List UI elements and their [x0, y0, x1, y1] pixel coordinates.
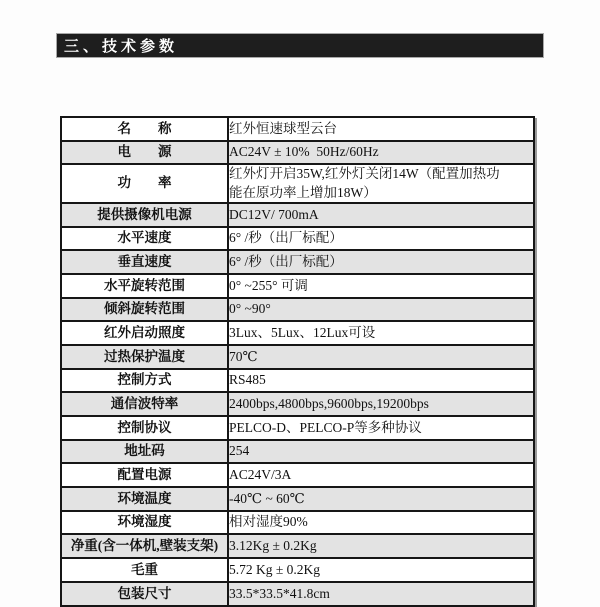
table-row: 环境温度-40℃ ~ 60℃ — [61, 487, 534, 511]
spec-label: 提供摄像机电源 — [61, 203, 228, 227]
spec-label: 地址码 — [61, 440, 228, 464]
table-row: 控制方式RS485 — [61, 369, 534, 393]
spec-label: 红外启动照度 — [61, 321, 228, 345]
table-row: 地址码254 — [61, 440, 534, 464]
table-row: 毛重5.72 Kg ± 0.2Kg — [61, 558, 534, 582]
spec-label: 水平速度 — [61, 227, 228, 251]
spec-value: 70℃ — [228, 345, 534, 369]
spec-value: 相对湿度90% — [228, 511, 534, 535]
section-header-bar: 三、技术参数 — [56, 33, 544, 58]
spec-value: 3Lux、5Lux、12Lux可设 — [228, 321, 534, 345]
spec-label: 净重(含一体机,壁装支架) — [61, 534, 228, 558]
spec-value: 5.72 Kg ± 0.2Kg — [228, 558, 534, 582]
spec-value: 0° ~90° — [228, 298, 534, 322]
spec-value: DC12V/ 700mA — [228, 203, 534, 227]
spec-value: 6° /秒（出厂标配） — [228, 250, 534, 274]
spec-value: PELCO-D、PELCO-P等多种协议 — [228, 416, 534, 440]
document-page: 三、技术参数 名 称红外恒速球型云台电 源AC24V ± 10% 50Hz/60… — [0, 0, 600, 607]
spec-table: 名 称红外恒速球型云台电 源AC24V ± 10% 50Hz/60Hz功 率红外… — [60, 116, 535, 607]
spec-value: 0° ~255° 可调 — [228, 274, 534, 298]
spec-value: 红外灯开启35W,红外灯关闭14W（配置加热功 能在原功率上增加18W） — [228, 164, 534, 202]
spec-label: 环境湿度 — [61, 511, 228, 535]
section-title: 三、技术参数 — [57, 35, 178, 56]
table-row: 过热保护温度70℃ — [61, 345, 534, 369]
spec-label: 控制协议 — [61, 416, 228, 440]
spec-value: AC24V ± 10% 50Hz/60Hz — [228, 141, 534, 165]
spec-label: 功 率 — [61, 164, 228, 202]
spec-value: 33.5*33.5*41.8cm — [228, 582, 534, 606]
table-row: 名 称红外恒速球型云台 — [61, 117, 534, 141]
table-row: 提供摄像机电源DC12V/ 700mA — [61, 203, 534, 227]
table-row: 通信波特率2400bps,4800bps,9600bps,19200bps — [61, 392, 534, 416]
table-row: 包装尺寸33.5*33.5*41.8cm — [61, 582, 534, 606]
spec-label: 电 源 — [61, 141, 228, 165]
spec-label: 水平旋转范围 — [61, 274, 228, 298]
table-row: 红外启动照度3Lux、5Lux、12Lux可设 — [61, 321, 534, 345]
spec-value: AC24V/3A — [228, 463, 534, 487]
table-row: 垂直速度6° /秒（出厂标配） — [61, 250, 534, 274]
spec-label: 垂直速度 — [61, 250, 228, 274]
spec-value: 2400bps,4800bps,9600bps,19200bps — [228, 392, 534, 416]
spec-label: 过热保护温度 — [61, 345, 228, 369]
spec-label: 环境温度 — [61, 487, 228, 511]
spec-value: 254 — [228, 440, 534, 464]
table-row: 控制协议PELCO-D、PELCO-P等多种协议 — [61, 416, 534, 440]
table-row: 水平速度6° /秒（出厂标配） — [61, 227, 534, 251]
spec-label: 毛重 — [61, 558, 228, 582]
spec-label: 控制方式 — [61, 369, 228, 393]
spec-label: 包装尺寸 — [61, 582, 228, 606]
table-row: 配置电源AC24V/3A — [61, 463, 534, 487]
spec-value: -40℃ ~ 60℃ — [228, 487, 534, 511]
table-row: 功 率红外灯开启35W,红外灯关闭14W（配置加热功 能在原功率上增加18W） — [61, 164, 534, 202]
spec-label: 倾斜旋转范围 — [61, 298, 228, 322]
table-row: 电 源AC24V ± 10% 50Hz/60Hz — [61, 141, 534, 165]
spec-value: RS485 — [228, 369, 534, 393]
spec-table-body: 名 称红外恒速球型云台电 源AC24V ± 10% 50Hz/60Hz功 率红外… — [61, 117, 534, 606]
spec-value: 3.12Kg ± 0.2Kg — [228, 534, 534, 558]
spec-value: 红外恒速球型云台 — [228, 117, 534, 141]
table-row: 水平旋转范围0° ~255° 可调 — [61, 274, 534, 298]
table-row: 倾斜旋转范围0° ~90° — [61, 298, 534, 322]
table-row: 净重(含一体机,壁装支架)3.12Kg ± 0.2Kg — [61, 534, 534, 558]
spec-label: 通信波特率 — [61, 392, 228, 416]
spec-label: 配置电源 — [61, 463, 228, 487]
spec-value: 6° /秒（出厂标配） — [228, 227, 534, 251]
table-row: 环境湿度相对湿度90% — [61, 511, 534, 535]
spec-label: 名 称 — [61, 117, 228, 141]
